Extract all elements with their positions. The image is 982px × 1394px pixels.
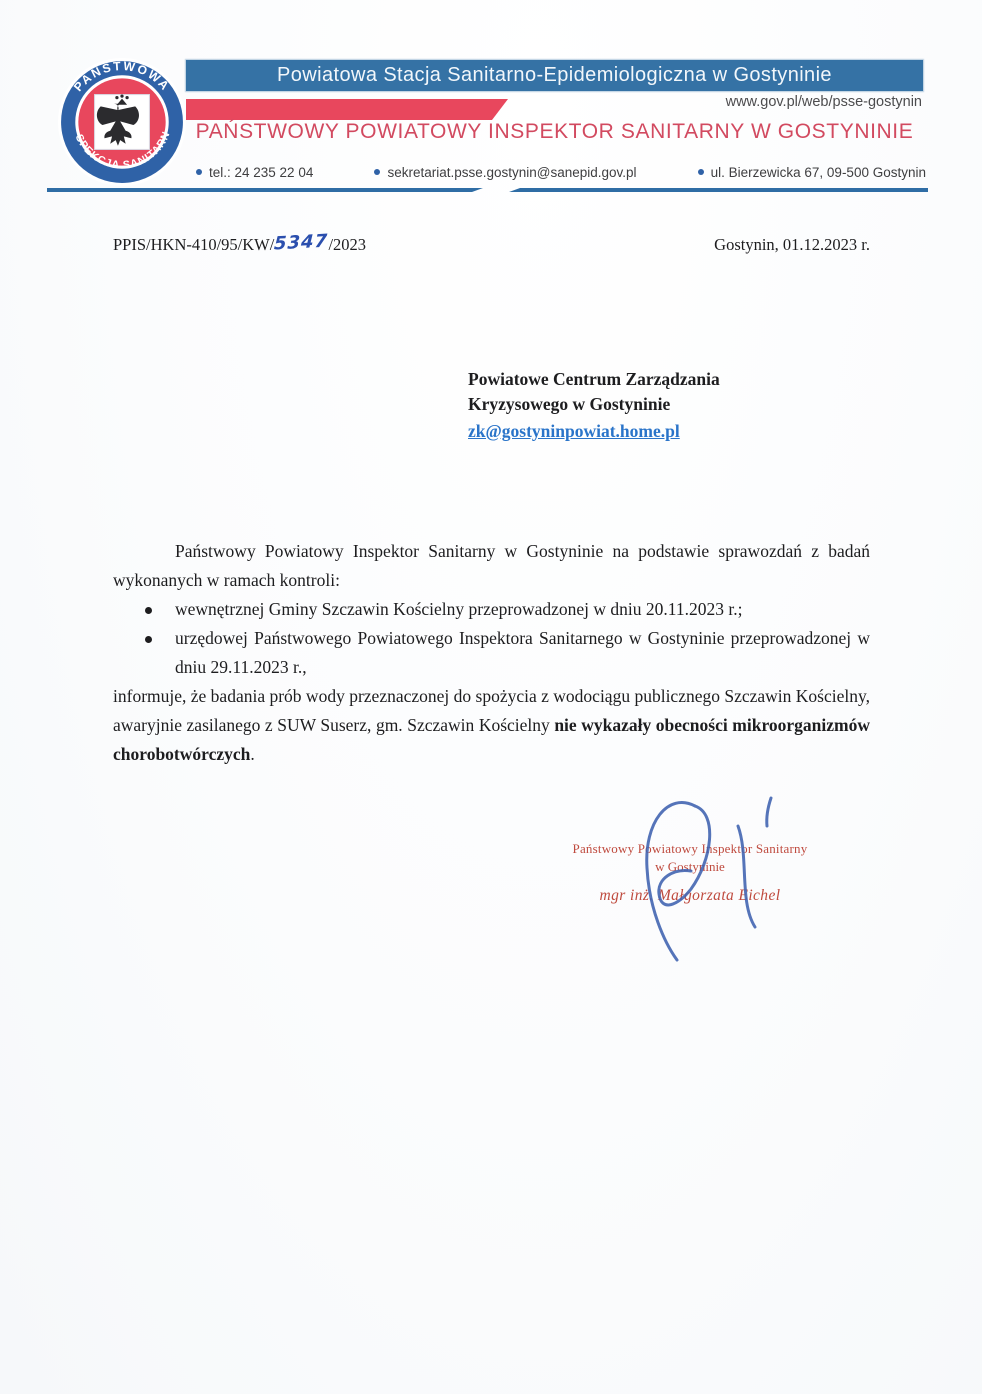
recipient-name-line1: Powiatowe Centrum Zarządzania bbox=[468, 367, 720, 392]
bullet-item-internal-control: wewnętrznej Gminy Szczawin Kościelny prz… bbox=[113, 595, 870, 624]
contact-label: sekretariat.psse.gostynin@sanepid.gov.pl bbox=[387, 165, 636, 180]
closing-period: . bbox=[250, 744, 254, 764]
signature-stroke bbox=[659, 806, 710, 905]
body-bullet-list: wewnętrznej Gminy Szczawin Kościelny prz… bbox=[113, 595, 870, 682]
handwritten-signature bbox=[598, 784, 808, 964]
signature-stroke bbox=[767, 798, 771, 826]
contact-email: sekretariat.psse.gostynin@sanepid.gov.pl bbox=[374, 165, 636, 180]
contact-phone: tel.: 24 235 22 04 bbox=[196, 165, 313, 180]
reference-suffix: /2023 bbox=[328, 235, 366, 254]
inspector-heading: PAŃSTWOWY POWIATOWY INSPEKTOR SANITARNY … bbox=[186, 118, 923, 146]
contact-address: ul. Bierzewicka 67, 09-500 Gostynin bbox=[698, 165, 926, 180]
reference-prefix: PPIS/HKN-410/95/KW/ bbox=[113, 235, 274, 254]
body-intro: Państwowy Powiatowy Inspektor Sanitarny … bbox=[113, 537, 870, 595]
banner-title: Powiatowa Stacja Sanitarno-Epidemiologic… bbox=[277, 64, 832, 87]
recipient-block: Powiatowe Centrum Zarządzania Kryzysoweg… bbox=[468, 367, 720, 444]
handwritten-case-number: 5347 bbox=[274, 231, 329, 255]
divider-bar-right bbox=[509, 188, 928, 192]
dot-icon bbox=[374, 169, 380, 175]
website-url: www.gov.pl/web/psse-gostynin bbox=[522, 94, 922, 110]
dot-icon bbox=[196, 169, 202, 175]
letter-body: Państwowy Powiatowy Inspektor Sanitarny … bbox=[113, 537, 870, 769]
sanitary-inspection-seal: PAŃSTWOWA INSPEKCJA SANITARNA bbox=[57, 57, 187, 187]
recipient-email-link[interactable]: zk@gostyninpowiat.home.pl bbox=[468, 419, 680, 444]
document-page: PAŃSTWOWA INSPEKCJA SANITARNA Powiatowa … bbox=[0, 0, 982, 1394]
dateline: Gostynin, 01.12.2023 r. bbox=[714, 235, 870, 255]
header-banner: Powiatowa Stacja Sanitarno-Epidemiologic… bbox=[186, 60, 923, 91]
bullet-item-official-control: urzędowej Państwowego Powiatowego Inspek… bbox=[113, 624, 870, 682]
red-ribbon-decoration bbox=[186, 99, 508, 120]
reference-line: PPIS/HKN-410/95/KW/5347/2023 Gostynin, 0… bbox=[113, 234, 870, 255]
signature-stroke bbox=[738, 826, 755, 927]
contact-label: tel.: 24 235 22 04 bbox=[209, 165, 313, 180]
contact-row: tel.: 24 235 22 04 sekretariat.psse.gost… bbox=[196, 161, 926, 183]
body-closing: informuje, że badania prób wody przeznac… bbox=[113, 682, 870, 769]
divider-bar-left bbox=[47, 188, 483, 192]
recipient-name-line2: Kryzysowego w Gostyninie bbox=[468, 392, 720, 417]
contact-label: ul. Bierzewicka 67, 09-500 Gostynin bbox=[711, 165, 926, 180]
signature-stroke bbox=[647, 803, 695, 960]
dot-icon bbox=[698, 169, 704, 175]
reference-number: PPIS/HKN-410/95/KW/5347/2023 bbox=[113, 234, 366, 255]
